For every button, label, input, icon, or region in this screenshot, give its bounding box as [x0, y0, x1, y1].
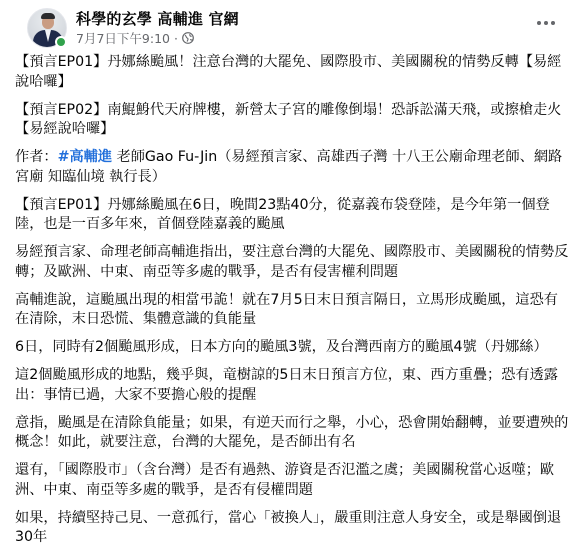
page-name-link[interactable]: 科學的玄學 高輔進 官網 [76, 8, 239, 29]
hashtag-link[interactable]: #高輔進 [58, 149, 112, 165]
online-status-icon [55, 36, 67, 48]
post-timestamp[interactable]: 7月7日下午9:10 [76, 29, 170, 47]
post-paragraph: 【預言EP01】丹娜絲颱風在6日，晚間23點40分，從嘉義布袋登陸，是今年第一個… [15, 196, 570, 235]
more-horizontal-icon [551, 21, 555, 25]
post-header: 科學的玄學 高輔進 官網 7月7日下午9:10 · [15, 0, 570, 50]
post-paragraph: 還有，「國際股市」（含台灣）是否有過熱、游資是否氾濫之虞；美國關稅當心返噬；歐洲… [15, 461, 570, 500]
post-meta: 7月7日下午9:10 · [76, 29, 194, 47]
author-line: 作者：#高輔進 老師Gao Fu-Jin（易經預言家、高雄西子灣 十八王公廟命理… [15, 148, 570, 187]
facebook-post: 科學的玄學 高輔進 官網 7月7日下午9:10 · 【預言EP01】丹娜絲颱風！… [0, 0, 584, 551]
globe-icon[interactable] [182, 32, 194, 44]
post-paragraph: 如果，持續堅持己見、一意孤行，當心「被換人」，嚴重則注意人身安全，或是舉國倒退3… [15, 509, 570, 548]
more-horizontal-icon [544, 21, 548, 25]
post-paragraph: 意指，颱風是在清除負能量；如果，有逆天而行之舉，小心，恐會開始翻轉，並要遭殃的概… [15, 414, 570, 453]
avatar-hair [41, 13, 55, 19]
more-horizontal-icon [537, 21, 541, 25]
post-paragraph: 這2個颱風形成的地點，幾乎與，竜樹諒的5日末日預言方位，東、西方重疊；恐有透露出… [15, 366, 570, 405]
post-paragraph: 【預言EP01】丹娜絲颱風！注意台灣的大罷免、國際股市、美國關稅的情勢反轉【易經… [15, 53, 570, 92]
post-body: 【預言EP01】丹娜絲颱風！注意台灣的大罷免、國際股市、美國關稅的情勢反轉【易經… [15, 50, 570, 548]
post-paragraph: 【預言EP02】南鯤鯓代天府牌樓，新營太子宮的雕像倒塌！恐訴訟滿天飛，或擦槍走火… [15, 101, 570, 140]
author-prefix: 作者： [15, 149, 58, 165]
post-paragraph: 高輔進說，這颱風出現的相當弔詭！就在7月5日末日預言隔日，立馬形成颱風，這恐有在… [15, 291, 570, 330]
post-paragraph: 易經預言家、命理老師高輔進指出，要注意台灣的大罷免、國際股市、美國關稅的情勢反轉… [15, 243, 570, 282]
more-options-button[interactable] [532, 12, 560, 34]
meta-separator: · [174, 31, 178, 46]
post-paragraph: 6日，同時有2個颱風形成，日本方向的颱風3號，及台灣西南方的颱風4號（丹娜絲） [15, 338, 570, 358]
